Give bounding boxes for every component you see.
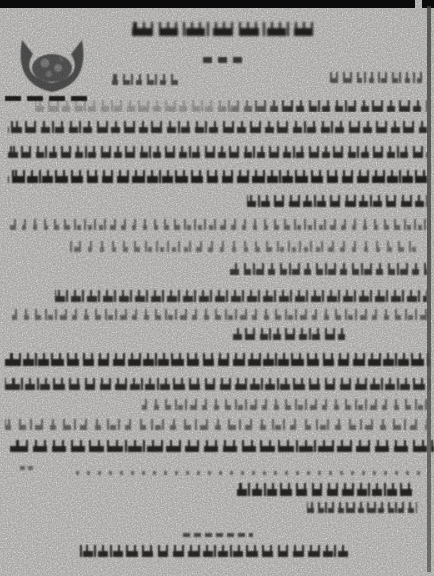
signature-line	[235, 483, 412, 496]
footer-main-line	[80, 545, 350, 557]
body-line-06	[8, 219, 427, 230]
body-line-04	[8, 170, 427, 183]
document-text-lines	[0, 0, 434, 576]
body-line-01	[35, 100, 427, 112]
margin-mark	[20, 466, 34, 470]
code-line	[307, 502, 417, 513]
body-line-10	[8, 309, 427, 320]
body-line-17	[75, 471, 425, 475]
body-line-13	[5, 378, 430, 390]
ref-number-left	[112, 74, 178, 85]
body-line-11	[233, 328, 345, 340]
body-line-16	[10, 440, 434, 452]
body-line-14	[140, 399, 427, 410]
body-line-09	[55, 290, 427, 302]
body-line-05	[247, 195, 427, 207]
body-line-03	[8, 146, 427, 158]
scanned-document-page: آگهی مناقصه عمومی یک مرحله ای نوبت دوم ر…	[0, 0, 434, 576]
body-line-12	[5, 353, 430, 366]
body-line-15	[5, 419, 427, 430]
footer-small-line	[183, 533, 253, 537]
body-line-02	[8, 121, 427, 133]
ref-number-right	[330, 72, 427, 83]
title-line	[130, 22, 316, 36]
body-line-07	[70, 241, 420, 252]
scan-right-edge-line	[427, 6, 431, 572]
body-line-08	[230, 263, 427, 275]
subtitle-line	[202, 57, 242, 63]
